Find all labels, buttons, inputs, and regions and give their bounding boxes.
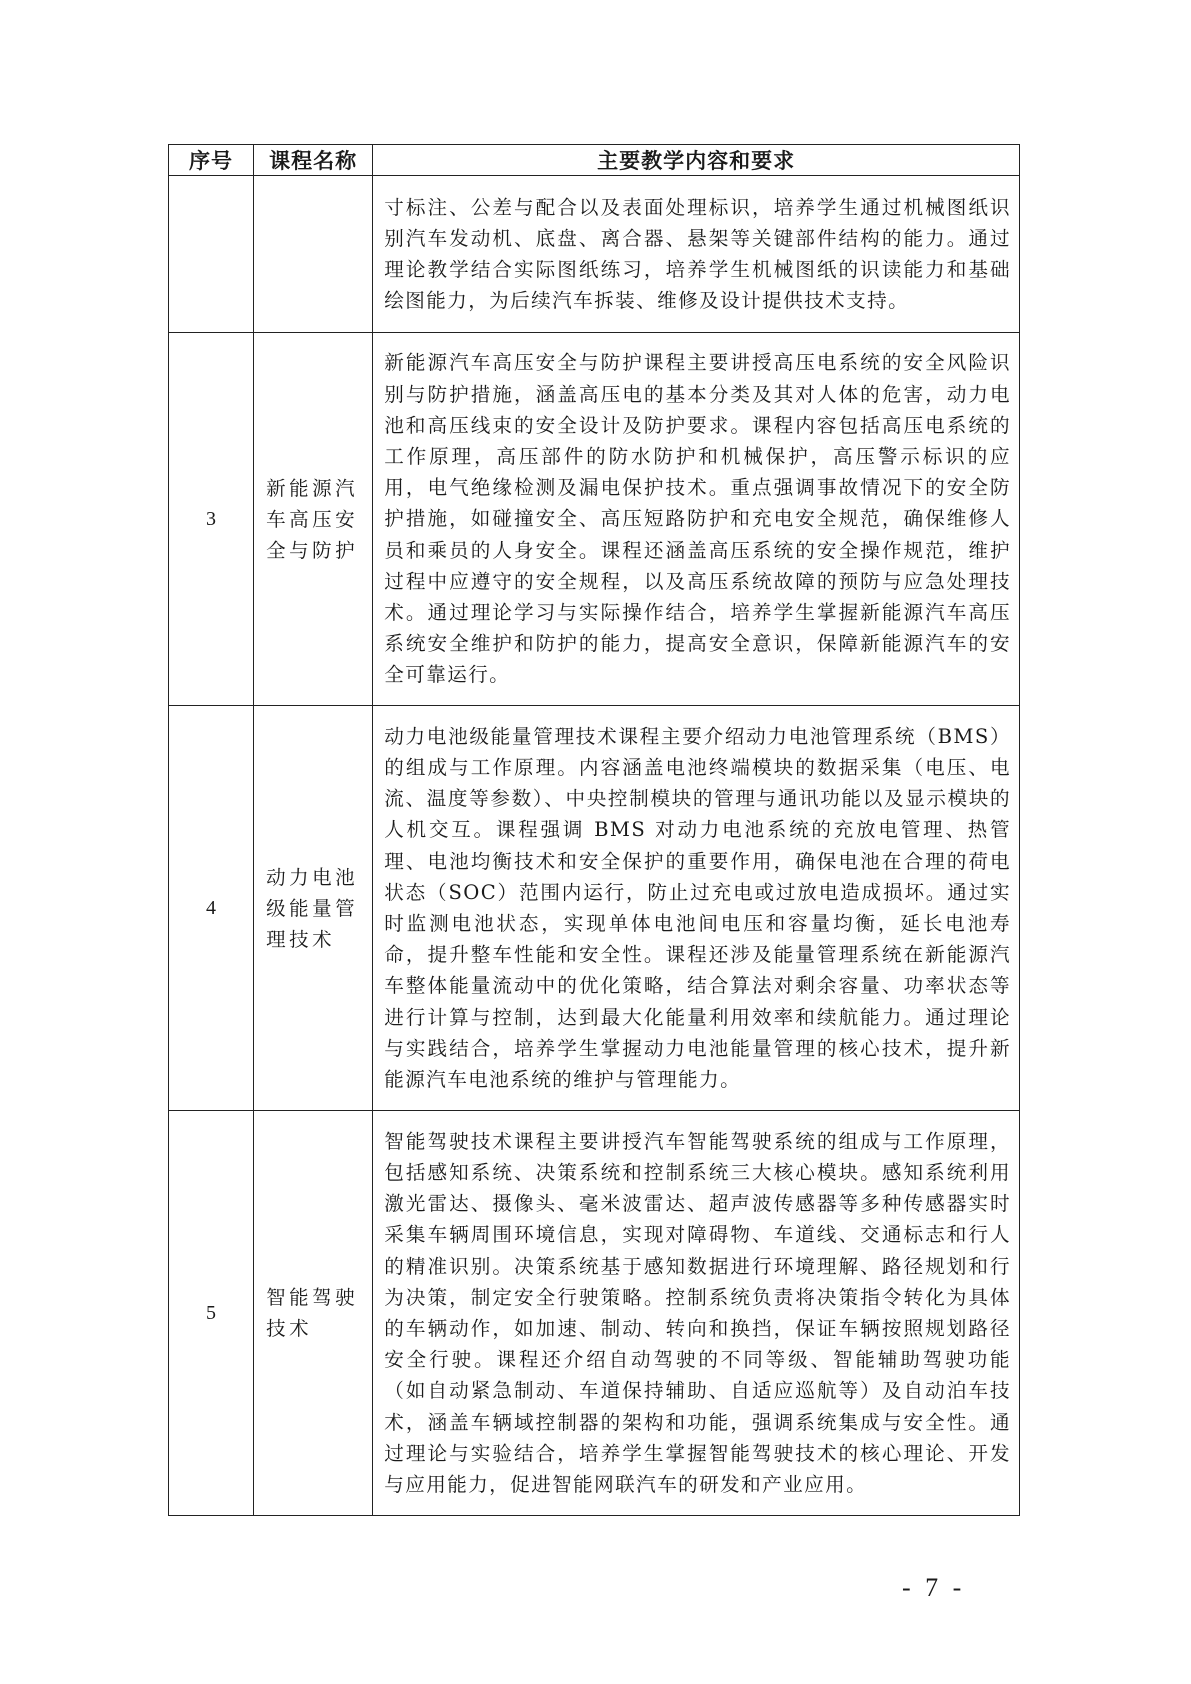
row-number [169,176,254,333]
row-number: 5 [169,1111,254,1516]
course-name [254,176,373,333]
page-number: - 7 - [902,1573,965,1603]
row-number: 3 [169,333,254,706]
course-content: 寸标注、公差与配合以及表面处理标识，培养学生通过机械图纸识别汽车发动机、底盘、离… [373,176,1020,333]
table-row: 5 智能驾驶技术 智能驾驶技术课程主要讲授汽车智能驾驶系统的组成与工作原理，包括… [169,1111,1020,1516]
table-header-row: 序号 课程名称 主要教学内容和要求 [169,145,1020,176]
course-content: 新能源汽车高压安全与防护课程主要讲授高压电系统的安全风险识别与防护措施，涵盖高压… [373,333,1020,706]
course-content: 动力电池级能量管理技术课程主要介绍动力电池管理系统（BMS）的组成与工作原理。内… [373,706,1020,1111]
header-no: 序号 [169,145,254,176]
table-row: 4 动力电池级能量管理技术 动力电池级能量管理技术课程主要介绍动力电池管理系统（… [169,706,1020,1111]
header-course-name: 课程名称 [254,145,373,176]
course-name: 智能驾驶技术 [254,1111,373,1516]
course-table: 序号 课程名称 主要教学内容和要求 寸标注、公差与配合以及表面处理标识，培养学生… [168,144,1020,1516]
table-row: 寸标注、公差与配合以及表面处理标识，培养学生通过机械图纸识别汽车发动机、底盘、离… [169,176,1020,333]
course-name: 动力电池级能量管理技术 [254,706,373,1111]
table-row: 3 新能源汽车高压安全与防护 新能源汽车高压安全与防护课程主要讲授高压电系统的安… [169,333,1020,706]
course-content: 智能驾驶技术课程主要讲授汽车智能驾驶系统的组成与工作原理，包括感知系统、决策系统… [373,1111,1020,1516]
header-content: 主要教学内容和要求 [373,145,1020,176]
course-name: 新能源汽车高压安全与防护 [254,333,373,706]
row-number: 4 [169,706,254,1111]
